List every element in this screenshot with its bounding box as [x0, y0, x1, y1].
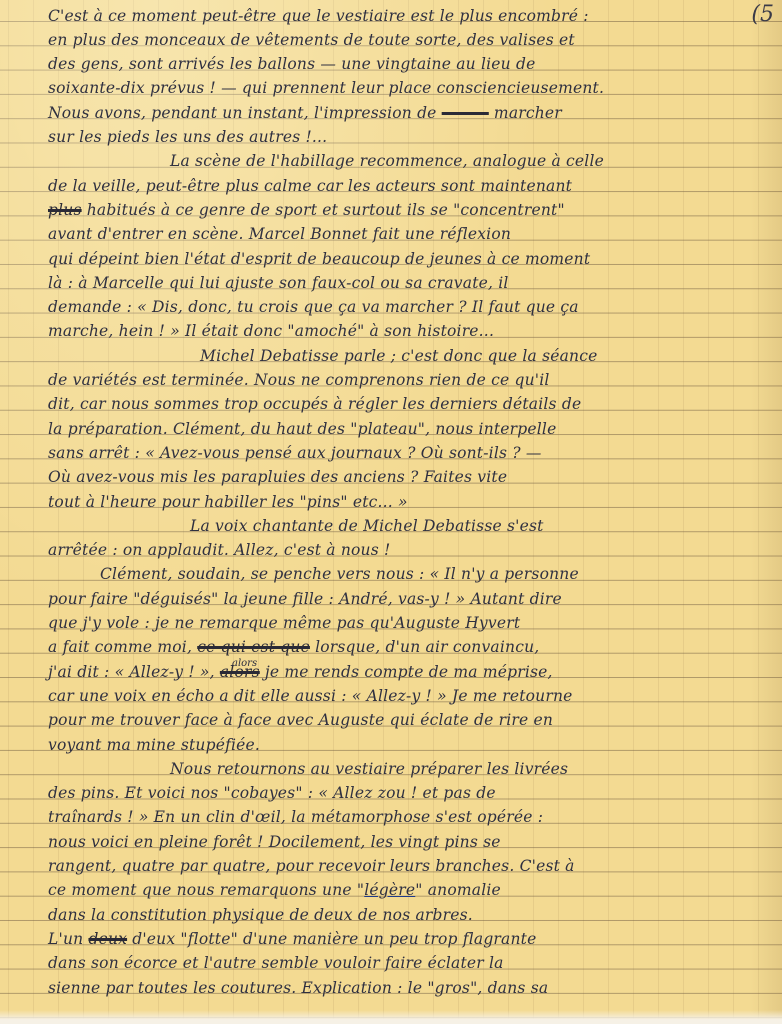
text-line-content: la préparation. Clément, du haut des "pl…: [48, 420, 556, 438]
text-line: que j'y vole : je ne remarque même pas q…: [0, 614, 770, 638]
text-line-content: dans son écorce et l'autre semble vouloi…: [48, 954, 504, 972]
text-line: dans la constitution physique de deux de…: [0, 906, 770, 930]
text-line: plus habitués à ce genre de sport et sur…: [0, 201, 770, 225]
struck-out-word: ce qui est que: [197, 638, 310, 656]
text-line: car une voix en écho a dit elle aussi : …: [0, 687, 770, 711]
text-line-content: en plus des monceaux de vêtements de tou…: [48, 31, 575, 49]
text-line-content: Michel Debatisse parle ; c'est donc que …: [200, 347, 598, 365]
text-line-content: voyant ma mine stupéfiée.: [48, 736, 260, 754]
text-line-content: Clément, soudain, se penche vers nous : …: [100, 565, 579, 583]
text-line: qui dépeint bien l'état d'esprit de beau…: [0, 250, 770, 274]
text-line: sans arrêt : « Avez-vous pensé aux journ…: [0, 444, 770, 468]
text-line-content: des gens, sont arrivés les ballons — une…: [48, 55, 535, 73]
text-line: Michel Debatisse parle ; c'est donc que …: [0, 347, 770, 371]
text-line: dit, car nous sommes trop occupés à régl…: [0, 395, 770, 419]
text-line: de la veille, peut-être plus calme car l…: [0, 177, 770, 201]
text-line: a fait comme moi, ce qui est que lorsque…: [0, 638, 770, 662]
text-line-content: pour me trouver face à face avec Auguste…: [48, 711, 553, 729]
text-line: avant d'entrer en scène. Marcel Bonnet f…: [0, 225, 770, 249]
page-bottom-edge: [0, 1010, 782, 1024]
text-line-content: plus habitués à ce genre de sport et sur…: [48, 201, 565, 219]
struck-out-word: deux: [88, 930, 127, 948]
text-line: rangent, quatre par quatre, pour recevoi…: [0, 857, 770, 881]
text-line-content: ce moment que nous remarquons une "légèr…: [48, 881, 501, 899]
text-line: Clément, soudain, se penche vers nous : …: [0, 565, 770, 589]
text-line: la préparation. Clément, du haut des "pl…: [0, 420, 770, 444]
text-line-content: dans la constitution physique de deux de…: [48, 906, 473, 924]
text-line: en plus des monceaux de vêtements de tou…: [0, 31, 770, 55]
text-line-content: Où avez-vous mis les parapluies des anci…: [48, 468, 507, 486]
text-line: voyant ma mine stupéfiée.: [0, 736, 770, 760]
text-line: L'un deux d'eux "flotte" d'une manière u…: [0, 930, 770, 954]
text-line-content: marche, hein ! » Il était donc "amoché" …: [48, 322, 494, 340]
interlinear-insert: alors: [232, 658, 257, 669]
text-line-content: rangent, quatre par quatre, pour recevoi…: [48, 857, 575, 875]
text-line: soixante-dix prévus ! — qui prennent leu…: [0, 79, 770, 103]
text-line-content: que j'y vole : je ne remarque même pas q…: [48, 614, 520, 632]
text-line-content: soixante-dix prévus ! — qui prennent leu…: [48, 79, 604, 97]
text-line-content: nous voici en pleine forêt ! Docilement,…: [48, 833, 501, 851]
text-line: C'est à ce moment peut-être que le vesti…: [0, 7, 770, 31]
text-line-content: traînards ! » En un clin d'œil, la métam…: [48, 808, 543, 826]
text-line: ce moment que nous remarquons une "légèr…: [0, 881, 770, 905]
text-line-content: avant d'entrer en scène. Marcel Bonnet f…: [48, 225, 511, 243]
text-line: Où avez-vous mis les parapluies des anci…: [0, 468, 770, 492]
text-line: Nous avons, pendant un instant, l'impres…: [0, 104, 770, 128]
text-line: sienne par toutes les coutures. Explicat…: [0, 979, 770, 1003]
underlined-word: légère: [364, 881, 415, 899]
text-line-content: pour faire "déguisés" la jeune fille : A…: [48, 590, 562, 608]
text-line-content: La voix chantante de Michel Debatisse s'…: [190, 517, 544, 535]
text-line-content: Nous retournons au vestiaire préparer le…: [170, 760, 568, 778]
text-line: tout à l'heure pour habiller les "pins" …: [0, 493, 770, 517]
struck-out-word: ———: [442, 104, 489, 122]
text-line: dans son écorce et l'autre semble vouloi…: [0, 954, 770, 978]
text-line-content: là : à Marcelle qui lui ajuste son faux-…: [48, 274, 509, 292]
text-line-content: de la veille, peut-être plus calme car l…: [48, 177, 572, 195]
text-line: sur les pieds les uns des autres !...: [0, 128, 770, 152]
text-line-content: car une voix en écho a dit elle aussi : …: [48, 687, 573, 705]
text-line-content: sienne par toutes les coutures. Explicat…: [48, 979, 548, 997]
text-line: pour me trouver face à face avec Auguste…: [0, 711, 770, 735]
text-line: arrêtée : on applaudit. Allez, c'est à n…: [0, 541, 770, 565]
text-line-content: La scène de l'habillage recommence, anal…: [170, 152, 604, 170]
text-line: Nous retournons au vestiaire préparer le…: [0, 760, 770, 784]
text-line-content: sans arrêt : « Avez-vous pensé aux journ…: [48, 444, 542, 462]
text-line-content: de variétés est terminée. Nous ne compre…: [48, 371, 550, 389]
text-line: des pins. Et voici nos "cobayes" : « All…: [0, 784, 770, 808]
text-line-content: Nous avons, pendant un instant, l'impres…: [48, 104, 562, 122]
text-line: nous voici en pleine forêt ! Docilement,…: [0, 833, 770, 857]
text-line-content: sur les pieds les uns des autres !...: [48, 128, 327, 146]
text-line-content: dit, car nous sommes trop occupés à régl…: [48, 395, 581, 413]
text-line: La voix chantante de Michel Debatisse s'…: [0, 517, 770, 541]
notebook-page: (5 C'est à ce moment peut-être que le ve…: [0, 0, 782, 1024]
text-line-content: tout à l'heure pour habiller les "pins" …: [48, 493, 408, 511]
text-line-content: L'un deux d'eux "flotte" d'une manière u…: [48, 930, 536, 948]
text-line-content: a fait comme moi, ce qui est que lorsque…: [48, 638, 539, 656]
text-line-content: des pins. Et voici nos "cobayes" : « All…: [48, 784, 496, 802]
text-line: pour faire "déguisés" la jeune fille : A…: [0, 590, 770, 614]
text-line-content: j'ai dit : « Allez-y ! », alors je me re…: [48, 663, 553, 681]
text-line: marche, hein ! » Il était donc "amoché" …: [0, 322, 770, 346]
text-line-content: arrêtée : on applaudit. Allez, c'est à n…: [48, 541, 390, 559]
text-line-content: demande : « Dis, donc, tu crois que ça v…: [48, 298, 579, 316]
text-line: j'ai dit : « Allez-y ! », alors je me re…: [0, 663, 770, 687]
text-line-content: qui dépeint bien l'état d'esprit de beau…: [48, 250, 590, 268]
text-line: des gens, sont arrivés les ballons — une…: [0, 55, 770, 79]
struck-out-word: plus: [48, 201, 82, 219]
text-line: là : à Marcelle qui lui ajuste son faux-…: [0, 274, 770, 298]
text-line: La scène de l'habillage recommence, anal…: [0, 152, 770, 176]
text-line: demande : « Dis, donc, tu crois que ça v…: [0, 298, 770, 322]
text-line: traînards ! » En un clin d'œil, la métam…: [0, 808, 770, 832]
text-line-content: C'est à ce moment peut-être que le vesti…: [48, 7, 589, 25]
text-line: de variétés est terminée. Nous ne compre…: [0, 371, 770, 395]
